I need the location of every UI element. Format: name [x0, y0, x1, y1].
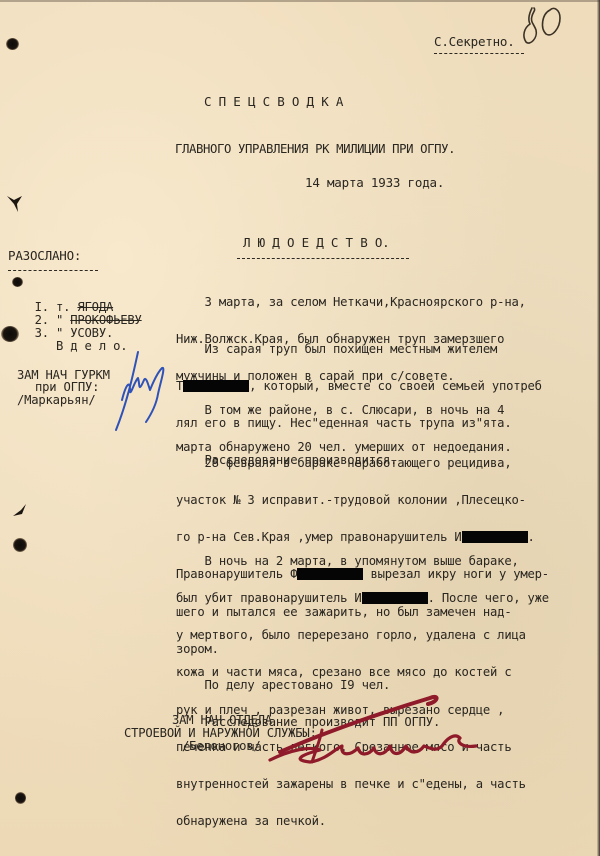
text-line: В ночь на 2 марта, в упомянутом выше бар…: [176, 555, 549, 567]
distribution-item-mark: В: [56, 339, 63, 353]
text-line: внутренностей зажарены в печке и с"едены…: [176, 778, 549, 790]
paper-tear-mark: [4, 194, 26, 216]
redaction-bar: [362, 592, 428, 604]
distribution-underline: [8, 270, 98, 271]
section-heading-underline: [237, 258, 409, 259]
paper-tear-mark: [10, 502, 30, 522]
classification-underline: [434, 53, 524, 54]
document-date: 14 марта 1933 года.: [305, 177, 444, 189]
classification-stamp: С.Секретно.: [434, 36, 515, 48]
text-line: обнаружена за печкой.: [176, 815, 549, 827]
text-line: Из сарая труп был похищен местным жителе…: [176, 343, 542, 355]
distribution-heading: РАЗОСЛАНО:: [8, 250, 81, 262]
text-line: 3 марта, за селом Неткачи,Красноярского …: [176, 296, 526, 308]
document-page: С.Секретно. С П Е Ц С В О Д К А ГЛАВНОГО…: [0, 0, 600, 856]
left-signatory-subtitle: при ОГПУ:: [35, 381, 99, 393]
document-title: С П Е Ц С В О Д К А: [204, 96, 343, 108]
text-line: В том же районе, в с. Слюсари, в ночь на…: [176, 404, 511, 416]
text-line: 28 февраля в бараке неработающего рециди…: [176, 457, 549, 469]
handwritten-page-number: [520, 4, 570, 46]
paper-top-edge: [0, 0, 600, 2]
section-heading: Л Ю Д О Е Д С Т В О.: [243, 237, 390, 249]
red-signature: [250, 690, 500, 770]
punch-hole: [13, 538, 27, 552]
text-line: участок № 3 исправит.-трудовой колонии ,…: [176, 494, 549, 506]
bottom-signatory-name: /Белоногов/: [182, 740, 261, 752]
left-signatory-name: /Маркарьян/: [17, 394, 96, 406]
punch-hole: [12, 277, 23, 287]
text-line: у мертвого, было перерезано горло, удале…: [176, 629, 549, 641]
document-subtitle: ГЛАВНОГО УПРАВЛЕНИЯ РК МИЛИЦИИ ПРИ ОГПУ.: [175, 143, 455, 155]
text-line-redacted: был убит правонарушитель И. После чего, …: [176, 592, 549, 604]
punch-hole: [6, 38, 19, 50]
punch-hole: [15, 792, 26, 804]
